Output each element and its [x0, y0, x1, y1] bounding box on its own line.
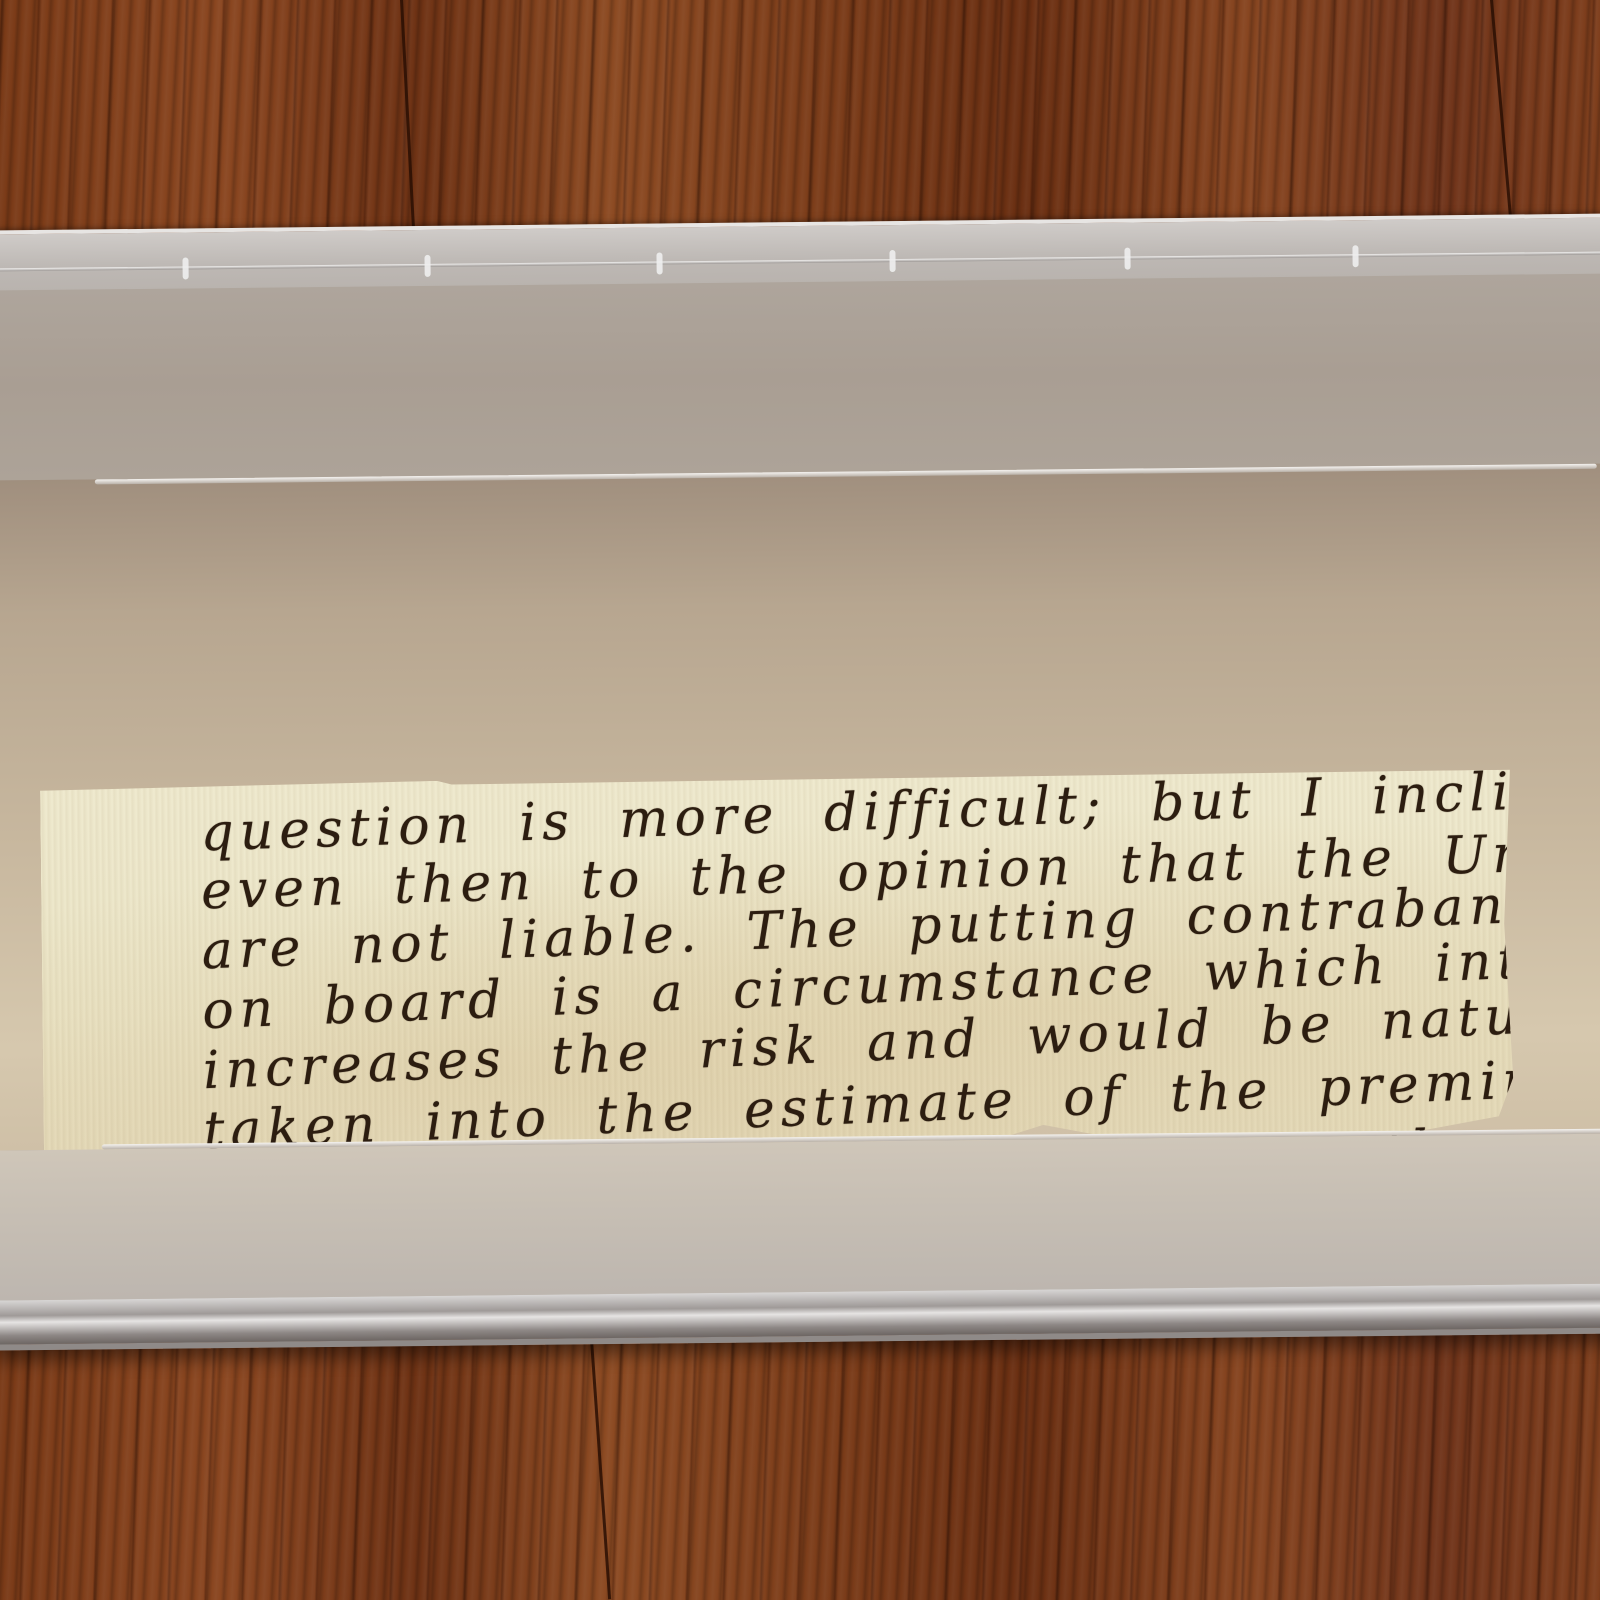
document-holder-slab: question is more difficult; but I inclin…	[0, 213, 1600, 1350]
manuscript-paper: question is more difficult; but I inclin…	[40, 770, 1514, 1170]
slab-document-window: question is more difficult; but I inclin…	[0, 463, 1600, 1150]
rail-notch	[889, 250, 895, 272]
rail-notch	[1352, 245, 1358, 267]
slab-label-area	[0, 273, 1600, 480]
manuscript-text: question is more difficult; but I inclin…	[200, 770, 1524, 1169]
rail-notch	[656, 252, 662, 274]
rail-notch	[182, 257, 188, 279]
slab-bottom-band	[0, 1133, 1600, 1300]
rail-notch	[1124, 248, 1130, 270]
rail-notch	[424, 255, 430, 277]
